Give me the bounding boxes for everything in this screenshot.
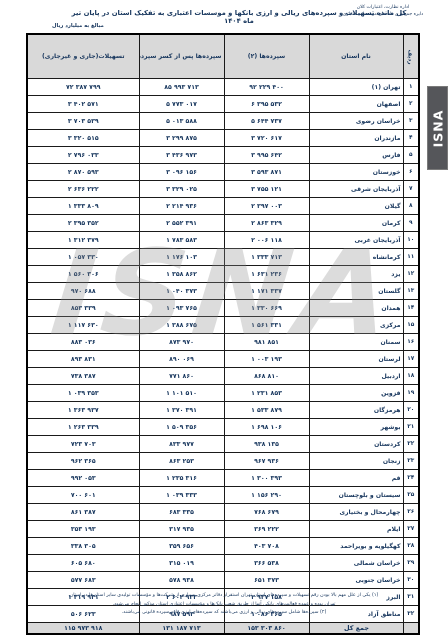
total-radif-cell <box>403 623 419 635</box>
column-header-radif: ردیف <box>403 34 419 79</box>
province-name: کهگیلویه و بویراحمد <box>309 538 403 555</box>
row-number: ۱۸ <box>403 368 419 385</box>
facilities-value: ۸۸۳ ۰۳۶ <box>27 334 139 351</box>
net-deposits-value: ۵ ۰۱۳ ۵۸۸ <box>139 113 224 130</box>
isna-logo-text: ISNA <box>430 109 445 147</box>
net-deposits-value: ۲ ۲۱۴ ۹۳۶ <box>139 198 224 215</box>
province-name: کرمانشاه <box>309 249 403 266</box>
deposits-value: ۴۰۳ ۷۰۸ <box>224 538 309 555</box>
net-deposits-value: ۳ ۰۹۶ ۱۵۶ <box>139 164 224 181</box>
province-name: فارس <box>309 147 403 164</box>
table-row: ۱۶ سمنان ۹۸۱ ۸۵۱ ۸۷۳ ۹۷۰ ۸۸۳ ۰۳۶ <box>27 334 419 351</box>
net-deposits-value: ۱ ۰۴۰ ۳۷۳ <box>139 283 224 300</box>
facilities-value: ۱ ۱۱۷ ۶۳۰ <box>27 317 139 334</box>
row-number: ۱۰ <box>403 232 419 249</box>
row-number: ۲۲ <box>403 436 419 453</box>
facilities-value: ۷۲۳ ۷۰۳ <box>27 436 139 453</box>
province-name: قم <box>309 470 403 487</box>
table-row: ۲۵ سیستان و بلوچستان ۱ ۱۵۶ ۲۹۰ ۱ ۰۳۹ ۳۳۳… <box>27 487 419 504</box>
column-header-net-deposits: سپرده‌ها پس از کسر سپرده قانونی <box>139 34 224 79</box>
row-number: ۷ <box>403 181 419 198</box>
deposits-value: ۷۶۸ ۶۷۹ <box>224 504 309 521</box>
deposits-value: ۳۶۹ ۲۲۲ <box>224 521 309 538</box>
deposits-value: ۱ ۵۳۳ ۸۷۹ <box>224 402 309 419</box>
row-number: ۳۰ <box>403 572 419 589</box>
net-deposits-value: ۱ ۳۷۰ ۳۹۱ <box>139 402 224 419</box>
facilities-value: ۷۳۸ ۳۸۷ <box>27 368 139 385</box>
province-name: چهارمحال و بختیاری <box>309 504 403 521</box>
net-deposits-value: ۸۵ ۹۹۳ ۷۱۳ <box>139 79 224 96</box>
net-deposits-value: ۷۷۱ ۸۶۰ <box>139 368 224 385</box>
facilities-value: ۷۰۰ ۶۰۱ <box>27 487 139 504</box>
facilities-value: ۸۶۱ ۳۸۷ <box>27 504 139 521</box>
deposits-value: ۳۶۶ ۵۳۸ <box>224 555 309 572</box>
province-name: مازندران <box>309 130 403 147</box>
facilities-value: ۵۷۷ ۶۸۳ <box>27 572 139 589</box>
net-deposits-value: ۲ ۵۵۲ ۳۹۱ <box>139 215 224 232</box>
province-name: سمنان <box>309 334 403 351</box>
province-name: لرستان <box>309 351 403 368</box>
province-name: هرمزگان <box>309 402 403 419</box>
facilities-value: ۲ ۳۹۵ ۳۵۲ <box>27 215 139 232</box>
facilities-value: ۱ ۲۶۳ ۳۳۹ <box>27 419 139 436</box>
deposits-value: ۱ ۶۳۱ ۲۳۶ <box>224 266 309 283</box>
facilities-value: ۲ ۶۳۶ ۲۲۲ <box>27 181 139 198</box>
table-body: ۱ تهران (۱) ۹۲ ۲۲۹ ۴۰۰ ۸۵ ۹۹۳ ۷۱۳ ۷۲ ۳۸۷… <box>27 79 419 623</box>
facilities-value: ۱ ۰۳۹ ۳۵۳ <box>27 385 139 402</box>
province-name: گلستان <box>309 283 403 300</box>
row-number: ۱۶ <box>403 334 419 351</box>
net-deposits-value: ۱ ۰۹۳ ۷۶۵ <box>139 300 224 317</box>
deposits-value: ۱ ۳۳۰ ۶۶۹ <box>224 300 309 317</box>
table-row: ۱۳ گلستان ۱ ۱۷۱ ۳۳۷ ۱ ۰۴۰ ۳۷۳ ۹۷۰ ۶۸۸ <box>27 283 419 300</box>
deposits-value: ۳ ۷۲۰ ۶۱۷ <box>224 130 309 147</box>
table-row: ۱۴ همدان ۱ ۳۳۰ ۶۶۹ ۱ ۰۹۳ ۷۶۵ ۸۵۳ ۳۳۹ <box>27 300 419 317</box>
total-deposits: ۱۵۳ ۳۰۳ ۸۶۰ <box>224 623 309 635</box>
deposits-value: ۹۲ ۲۲۹ ۴۰۰ <box>224 79 309 96</box>
deposits-value: ۳ ۵۹۳ ۸۷۱ <box>224 164 309 181</box>
table-row: ۲ اصفهان ۶ ۳۹۵ ۵۳۲ ۵ ۷۷۳ ۰۱۷ ۳ ۴۰۲ ۵۷۱ <box>27 96 419 113</box>
footnote-1-line-1: (۱) یکی از علل مهم بالا بودن رقم تسهیلات… <box>28 592 420 601</box>
net-deposits-value: ۳۵۹ ۶۵۶ <box>139 538 224 555</box>
deposits-value: ۱ ۰۰۳ ۱۹۳ <box>224 351 309 368</box>
deposits-value: ۲ ۳۹۷ ۰۰۳ <box>224 198 309 215</box>
row-number: ۲۰ <box>403 402 419 419</box>
table-row: ۲۲ کردستان ۹۳۸ ۱۳۵ ۸۳۳ ۹۷۷ ۷۲۳ ۷۰۳ <box>27 436 419 453</box>
row-number: ۱۳ <box>403 283 419 300</box>
column-header-facilities: تسهیلات(جاری و غیرجاری) <box>27 34 139 79</box>
document-page: { "colors": { "text_navy": "#17365d", "h… <box>0 0 448 640</box>
province-name: اصفهان <box>309 96 403 113</box>
deposits-value: ۵ ۶۴۴ ۷۳۷ <box>224 113 309 130</box>
province-name: قزوین <box>309 385 403 402</box>
net-deposits-value: ۵۷۸ ۹۳۸ <box>139 572 224 589</box>
province-name: خراسان شمالی <box>309 555 403 572</box>
province-name: بوشهر <box>309 419 403 436</box>
row-number: ۲۳ <box>403 453 419 470</box>
total-facilities: ۱۱۵ ۹۷۳ ۹۱۸ <box>27 623 139 635</box>
row-number: ۹ <box>403 215 419 232</box>
footnote-2: (۲) سپرده‌ها شامل سپرده‌های ریالی و ارزی… <box>28 609 420 618</box>
table-row: ۱۱ کرمانشاه ۱ ۳۳۳ ۷۱۳ ۱ ۱۷۶ ۱۰۳ ۱ ۰۵۷ ۳۳… <box>27 249 419 266</box>
province-name: آذربایجان غربی <box>309 232 403 249</box>
table-row: ۴ مازندران ۳ ۷۲۰ ۶۱۷ ۳ ۲۹۹ ۸۷۵ ۳ ۳۲۰ ۵۱۵ <box>27 130 419 147</box>
isna-logo-badge: ISNA <box>427 86 448 170</box>
row-number: ۶ <box>403 164 419 181</box>
net-deposits-value: ۱ ۰۳۹ ۳۳۳ <box>139 487 224 504</box>
deposits-value: ۱ ۳۳۳ ۷۱۳ <box>224 249 309 266</box>
facilities-value: ۳ ۴۰۲ ۵۷۱ <box>27 96 139 113</box>
deposits-value: ۳ ۷۵۵ ۱۲۱ <box>224 181 309 198</box>
net-deposits-value: ۸۳۳ ۹۷۷ <box>139 436 224 453</box>
deposits-value: ۱ ۶۹۸ ۱۰۶ <box>224 419 309 436</box>
province-name: کردستان <box>309 436 403 453</box>
net-deposits-value: ۱ ۱۷۶ ۱۰۳ <box>139 249 224 266</box>
row-number: ۱۴ <box>403 300 419 317</box>
table-row: ۱۵ مرکزی ۱ ۵۶۱ ۳۳۱ ۱ ۳۸۸ ۶۷۵ ۱ ۱۱۷ ۶۳۰ <box>27 317 419 334</box>
row-number: ۵ <box>403 147 419 164</box>
facilities-value: ۱ ۳۶۳ ۹۳۷ <box>27 402 139 419</box>
province-name: یزد <box>309 266 403 283</box>
province-name: اردبیل <box>309 368 403 385</box>
table-header-row: ردیف نام استان سپرده‌ها (۲) سپرده‌ها پس … <box>27 34 419 79</box>
total-label: جمع کل <box>309 623 403 635</box>
facilities-value: ۹۹۲ ۰۵۳ <box>27 470 139 487</box>
facilities-value: ۶۰۵ ۶۸۰ <box>27 555 139 572</box>
net-deposits-value: ۱ ۳۸۸ ۶۷۵ <box>139 317 224 334</box>
table-row: ۱۷ لرستان ۱ ۰۰۳ ۱۹۳ ۸۹۰ ۰۶۹ ۸۹۳ ۸۳۱ <box>27 351 419 368</box>
deposits-value: ۹۸۱ ۸۵۱ <box>224 334 309 351</box>
facilities-value: ۷۲ ۳۸۷ ۷۹۹ <box>27 79 139 96</box>
facilities-value: ۱ ۵۶۰ ۳۰۶ <box>27 266 139 283</box>
province-name: زنجان <box>309 453 403 470</box>
deposits-value: ۲ ۸۶۳ ۳۲۹ <box>224 215 309 232</box>
facilities-value: ۱ ۳۳۳ ۸۰۹ <box>27 198 139 215</box>
row-number: ۲۱ <box>403 419 419 436</box>
facilities-value: ۳۳۸ ۳۰۵ <box>27 538 139 555</box>
table-row: ۱ تهران (۱) ۹۲ ۲۲۹ ۴۰۰ ۸۵ ۹۹۳ ۷۱۳ ۷۲ ۳۸۷… <box>27 79 419 96</box>
deposits-value: ۱ ۲۳۱ ۸۵۳ <box>224 385 309 402</box>
deposits-value: ۱ ۳۰۰ ۳۹۳ <box>224 470 309 487</box>
facilities-value: ۸۵۳ ۳۳۹ <box>27 300 139 317</box>
row-number: ۲۵ <box>403 487 419 504</box>
table-row: ۲۷ ایلام ۳۶۹ ۲۲۲ ۳۱۷ ۹۳۵ ۳۵۳ ۱۹۳ <box>27 521 419 538</box>
net-deposits-value: ۱ ۲۳۵ ۳۱۶ <box>139 470 224 487</box>
row-number: ۲ <box>403 96 419 113</box>
row-number: ۲۶ <box>403 504 419 521</box>
deposits-value: ۱ ۱۷۱ ۳۳۷ <box>224 283 309 300</box>
facilities-value: ۳ ۳۲۰ ۵۱۵ <box>27 130 139 147</box>
table-row: ۲۰ هرمزگان ۱ ۵۳۳ ۸۷۹ ۱ ۳۷۰ ۳۹۱ ۱ ۳۶۳ ۹۳۷ <box>27 402 419 419</box>
province-name: خوزستان <box>309 164 403 181</box>
facilities-value: ۲ ۷۹۶ ۰۳۳ <box>27 147 139 164</box>
deposits-value: ۲ ۰۰۶ ۱۱۸ <box>224 232 309 249</box>
table-row: ۳۰ خراسان جنوبی ۶۵۱ ۳۷۳ ۵۷۸ ۹۳۸ ۵۷۷ ۶۸۳ <box>27 572 419 589</box>
row-number: ۴ <box>403 130 419 147</box>
table-row: ۳ خراسان رضوی ۵ ۶۴۴ ۷۳۷ ۵ ۰۱۳ ۵۸۸ ۳ ۷۰۳ … <box>27 113 419 130</box>
facilities-value: ۳۵۳ ۱۹۳ <box>27 521 139 538</box>
net-deposits-value: ۳ ۴۳۶ ۹۷۳ <box>139 147 224 164</box>
net-deposits-value: ۳۱۵ ۰۱۹ <box>139 555 224 572</box>
unit-note: مبالغ به میلیارد ریال <box>52 23 104 29</box>
province-name: تهران (۱) <box>309 79 403 96</box>
facilities-value: ۱ ۳۱۲ ۳۷۹ <box>27 232 139 249</box>
net-deposits-value: ۱ ۳۵۸ ۸۶۲ <box>139 266 224 283</box>
page-title: کل مانده تسهیلات و سپرده‌های ریالی و ارز… <box>70 9 408 25</box>
net-deposits-value: ۱ ۵۰۹ ۳۵۶ <box>139 419 224 436</box>
row-number: ۸ <box>403 198 419 215</box>
row-number: ۱۱ <box>403 249 419 266</box>
province-name: گیلان <box>309 198 403 215</box>
table-row: ۲۹ خراسان شمالی ۳۶۶ ۵۳۸ ۳۱۵ ۰۱۹ ۶۰۵ ۶۸۰ <box>27 555 419 572</box>
column-header-province: نام استان <box>309 34 403 79</box>
row-number: ۲۹ <box>403 555 419 572</box>
province-name: مرکزی <box>309 317 403 334</box>
table-row: ۹ کرمان ۲ ۸۶۳ ۳۲۹ ۲ ۵۵۲ ۳۹۱ ۲ ۳۹۵ ۳۵۲ <box>27 215 419 232</box>
province-name: کرمان <box>309 215 403 232</box>
province-name: سیستان و بلوچستان <box>309 487 403 504</box>
net-deposits-value: ۳ ۳۲۹ ۰۲۵ <box>139 181 224 198</box>
facilities-value: ۲ ۸۷۰ ۵۹۳ <box>27 164 139 181</box>
table-row: ۷ آذربایجان شرقی ۳ ۷۵۵ ۱۲۱ ۳ ۳۲۹ ۰۲۵ ۲ ۶… <box>27 181 419 198</box>
table-row: ۲۱ بوشهر ۱ ۶۹۸ ۱۰۶ ۱ ۵۰۹ ۳۵۶ ۱ ۲۶۳ ۳۳۹ <box>27 419 419 436</box>
net-deposits-value: ۸۶۳ ۲۵۳ <box>139 453 224 470</box>
net-deposits-value: ۶۸۳ ۳۳۵ <box>139 504 224 521</box>
table-row: ۲۶ چهارمحال و بختیاری ۷۶۸ ۶۷۹ ۶۸۳ ۳۳۵ ۸۶… <box>27 504 419 521</box>
row-number: ۲۸ <box>403 538 419 555</box>
table-row: ۱۹ قزوین ۱ ۲۳۱ ۸۵۳ ۱ ۱۰۱ ۵۱۰ ۱ ۰۳۹ ۳۵۳ <box>27 385 419 402</box>
facilities-value: ۱ ۰۵۷ ۳۳۰ <box>27 249 139 266</box>
column-header-deposits: سپرده‌ها (۲) <box>224 34 309 79</box>
facilities-value: ۹۷۰ ۶۸۸ <box>27 283 139 300</box>
deposits-value: ۱ ۵۶۱ ۳۳۱ <box>224 317 309 334</box>
table-row: ۱۲ یزد ۱ ۶۳۱ ۲۳۶ ۱ ۳۵۸ ۸۶۲ ۱ ۵۶۰ ۳۰۶ <box>27 266 419 283</box>
table-row: ۸ گیلان ۲ ۳۹۷ ۰۰۳ ۲ ۲۱۴ ۹۳۶ ۱ ۳۳۳ ۸۰۹ <box>27 198 419 215</box>
table-row: ۲۸ کهگیلویه و بویراحمد ۴۰۳ ۷۰۸ ۳۵۹ ۶۵۶ ۳… <box>27 538 419 555</box>
row-number: ۱۵ <box>403 317 419 334</box>
deposits-value: ۸۶۸ ۸۱۰ <box>224 368 309 385</box>
table-row: ۲۴ قم ۱ ۳۰۰ ۳۹۳ ۱ ۲۳۵ ۳۱۶ ۹۹۲ ۰۵۳ <box>27 470 419 487</box>
net-deposits-value: ۳۱۷ ۹۳۵ <box>139 521 224 538</box>
net-deposits-value: ۱ ۱۰۱ ۵۱۰ <box>139 385 224 402</box>
total-net-deposits: ۱۳۱ ۱۸۷ ۷۱۳ <box>139 623 224 635</box>
row-number: ۱۹ <box>403 385 419 402</box>
table-row: ۱۰ آذربایجان غربی ۲ ۰۰۶ ۱۱۸ ۱ ۷۸۳ ۵۸۳ ۱ … <box>27 232 419 249</box>
facilities-value: ۹۶۲ ۳۶۵ <box>27 453 139 470</box>
row-number: ۲۷ <box>403 521 419 538</box>
province-deposits-table: ردیف نام استان سپرده‌ها (۲) سپرده‌ها پس … <box>26 33 420 635</box>
row-number: ۲۴ <box>403 470 419 487</box>
table-row: ۵ فارس ۳ ۹۹۵ ۶۴۲ ۳ ۴۳۶ ۹۷۳ ۲ ۷۹۶ ۰۳۳ <box>27 147 419 164</box>
deposits-value: ۶۵۱ ۳۷۳ <box>224 572 309 589</box>
deposits-value: ۳ ۹۹۵ ۶۴۲ <box>224 147 309 164</box>
table-row: ۱۸ اردبیل ۸۶۸ ۸۱۰ ۷۷۱ ۸۶۰ ۷۳۸ ۳۸۷ <box>27 368 419 385</box>
footnotes: (۱) یکی از علل مهم بالا بودن رقم تسهیلات… <box>28 592 420 618</box>
deposits-value: ۶ ۳۹۵ ۵۳۲ <box>224 96 309 113</box>
total-row: جمع کل ۱۵۳ ۳۰۳ ۸۶۰ ۱۳۱ ۱۸۷ ۷۱۳ ۱۱۵ ۹۷۳ ۹… <box>27 623 419 635</box>
deposits-value: ۱ ۱۵۶ ۲۹۰ <box>224 487 309 504</box>
net-deposits-value: ۸۷۳ ۹۷۰ <box>139 334 224 351</box>
facilities-value: ۳ ۷۰۳ ۵۳۹ <box>27 113 139 130</box>
row-number: ۱۷ <box>403 351 419 368</box>
row-number: ۱۲ <box>403 266 419 283</box>
province-name: آذربایجان شرقی <box>309 181 403 198</box>
net-deposits-value: ۱ ۷۸۳ ۵۸۳ <box>139 232 224 249</box>
facilities-value: ۸۹۳ ۸۳۱ <box>27 351 139 368</box>
net-deposits-value: ۳ ۲۹۹ ۸۷۵ <box>139 130 224 147</box>
table-row: ۲۳ زنجان ۹۶۷ ۹۳۶ ۸۶۳ ۲۵۳ ۹۶۲ ۳۶۵ <box>27 453 419 470</box>
province-name: ایلام <box>309 521 403 538</box>
province-name: همدان <box>309 300 403 317</box>
net-deposits-value: ۸۹۰ ۰۶۹ <box>139 351 224 368</box>
deposits-value: ۹۳۸ ۱۳۵ <box>224 436 309 453</box>
table-row: ۶ خوزستان ۳ ۵۹۳ ۸۷۱ ۳ ۰۹۶ ۱۵۶ ۲ ۸۷۰ ۵۹۳ <box>27 164 419 181</box>
row-number: ۳ <box>403 113 419 130</box>
row-number: ۱ <box>403 79 419 96</box>
province-name: خراسان جنوبی <box>309 572 403 589</box>
province-name: خراسان رضوی <box>309 113 403 130</box>
net-deposits-value: ۵ ۷۷۳ ۰۱۷ <box>139 96 224 113</box>
deposits-value: ۹۶۷ ۹۳۶ <box>224 453 309 470</box>
footnote-1-line-2: تهران بوده و عمده فعالیت‌های بانکی آنها … <box>28 601 420 610</box>
